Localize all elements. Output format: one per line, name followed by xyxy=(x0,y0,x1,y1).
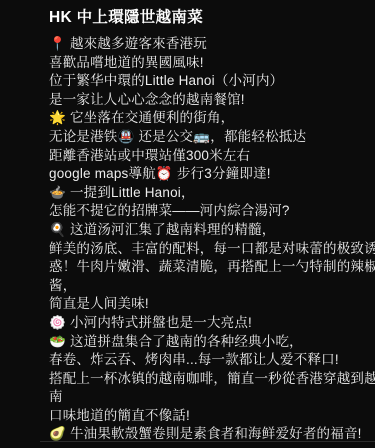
post-line: 春卷、炸云吞、烤肉串...每一款都让人爱不释口! xyxy=(49,351,367,370)
post-line: 🍳 这道汤河汇集了越南料理的精髓， xyxy=(49,221,367,240)
post-line: 简直是人间美味! xyxy=(49,295,367,314)
post-line: google maps導航⏰ 步行3分鐘即達! xyxy=(49,165,367,184)
post-line: 喜歡品嚐地道的異國風味! xyxy=(49,54,367,73)
post-line: 是一家让人心心念念的越南餐馆! xyxy=(49,91,367,110)
post-title: HK 中上環隱世越南菜 xyxy=(49,9,367,27)
post-line: 惑！牛肉片嫩滑、蔬菜清脆，再搭配上一勺特制的辣椒 xyxy=(49,258,367,277)
post-line: 口味地道的簡直不像話! xyxy=(49,407,367,426)
divider xyxy=(40,441,375,442)
post-line: 🌟 它坐落在交通便利的街角， xyxy=(49,109,367,128)
post-line: 🥗 这道拼盘集合了越南的各种经典小吃， xyxy=(49,333,367,352)
post-line: 📍 越來越多遊客來香港玩 xyxy=(49,35,367,54)
post-line: 位于繁华中環的Little Hanoi（小河内） xyxy=(49,72,367,91)
post-line: 🍲 一提到Little Hanoi， xyxy=(49,184,367,203)
post-line: 酱， xyxy=(49,277,367,296)
post-body: HK 中上環隱世越南菜 📍 越來越多遊客來香港玩 喜歡品嚐地道的異國風味! 位于… xyxy=(0,0,375,444)
post-line: 距離香港站或中環站僅300米左右 xyxy=(49,147,367,166)
post-line: 搭配上一杯冰镇的越南咖啡，簡直一秒從香港穿越到越 xyxy=(49,370,367,389)
post-line: 南 xyxy=(49,388,367,407)
post-line: 🍥 小河内特式拼盤也是一大亮点! xyxy=(49,314,367,333)
post-line: 无论是港铁🚇 还是公交🚌，都能轻松抵达 xyxy=(49,128,367,147)
post-line: 怎能不提它的招牌菜——河内綜合湯河? xyxy=(49,202,367,221)
post-line: 鲜美的汤底、丰富的配料，每一口都是对味蕾的极致诱 xyxy=(49,240,367,259)
